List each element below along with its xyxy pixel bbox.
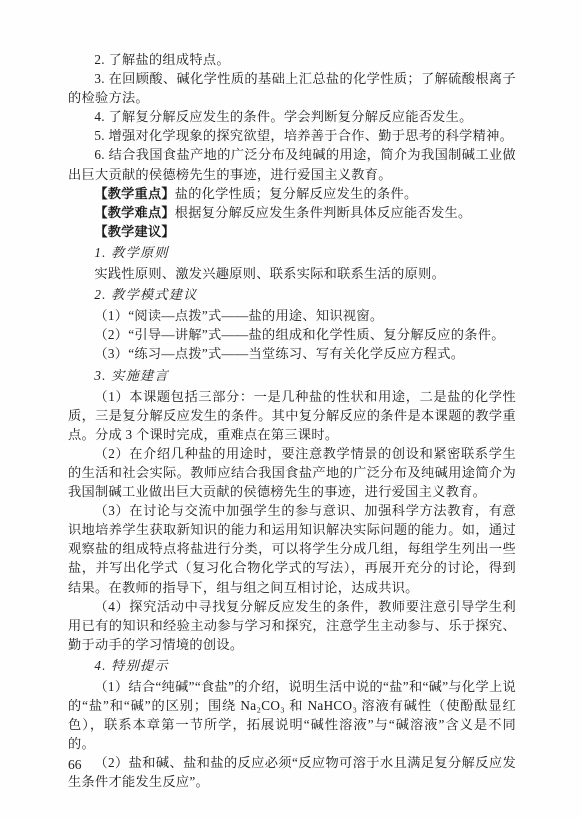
difficult-points-label: 【教学难点】 [94,205,174,220]
mode-item: （1）“阅读—点拨”式——盐的用途、知识视窗。 [68,306,516,325]
special-note-item: （1）结合“纯碱”“食盐”的介绍，说明生活中说的“盐”和“碱”与化学上说的“盐”… [68,677,516,753]
teaching-key-points: 【教学重点】盐的化学性质；复分解反应发生的条件。 [68,184,516,203]
section-heading-modes: 2. 教学模式建议 [68,285,516,304]
goal-item: 4. 了解复分解反应发生的条件。学会判断复分解反应能否发生。 [68,107,516,126]
implementation-item: （2）在介绍几种盐的用途时，要注意教学情景的创设和紧密联系学生的生活和社会实际。… [68,444,516,501]
special-note-item: （2）盐和碱、盐和盐的反应必须“反应物可溶于水且满足复分解反应发生条件才能发生反… [68,753,516,791]
suggestions-label: 【教学建议】 [94,224,174,239]
book-page: 2. 了解盐的组成特点。 3. 在回顾酸、碱化学性质的基础上汇总盐的化学性质；了… [0,0,582,818]
page-number: 66 [68,757,82,773]
implementation-item: （3）在讨论与交流中加强学生的参与意识、加强科学方法教育，有意识地培养学生获取新… [68,501,516,596]
implementation-item: （4）探究活动中寻找复分解反应发生的条件，教师要注意引导学生利用已有的知识和经验… [68,597,516,654]
goal-item: 6. 结合我国食盐产地的广泛分布及纯碱的用途，简介为我国制碱工业做出巨大贡献的侯… [68,145,516,183]
key-points-text: 盐的化学性质；复分解反应发生的条件。 [175,186,418,201]
implementation-item: （1）本课题包括三部分：一是几种盐的性状和用途，二是盐的化学性质，三是复分解反应… [68,387,516,444]
teaching-suggestions-heading: 【教学建议】 [68,222,516,241]
section-heading-special-notes: 4. 特别提示 [68,656,516,675]
mode-item: （3）“练习—点拨”式——当堂练习、写有关化学反应方程式。 [68,344,516,363]
mode-item: （2）“引导—讲解”式——盐的组成和化学性质、复分解反应的条件。 [68,325,516,344]
goal-item: 5. 增强对化学现象的探究欲望，培养善于合作、勤于思考的科学精神。 [68,126,516,145]
difficult-points-text: 根据复分解反应发生条件判断具体反应能否发生。 [175,205,472,220]
key-points-label: 【教学重点】 [94,186,174,201]
principles-text: 实践性原则、激发兴趣原则、联系实际和联系生活的原则。 [68,264,516,283]
section-heading-implementation: 3. 实施建言 [68,366,516,385]
section-heading-principles: 1. 教学原则 [68,243,516,262]
goal-item: 2. 了解盐的组成特点。 [68,50,516,69]
teaching-difficult-points: 【教学难点】根据复分解反应发生条件判断具体反应能否发生。 [68,203,516,222]
goal-item: 3. 在回顾酸、碱化学性质的基础上汇总盐的化学性质；了解硫酸根离子的检验方法。 [68,69,516,107]
page-content: 2. 了解盐的组成特点。 3. 在回顾酸、碱化学性质的基础上汇总盐的化学性质；了… [68,50,516,792]
